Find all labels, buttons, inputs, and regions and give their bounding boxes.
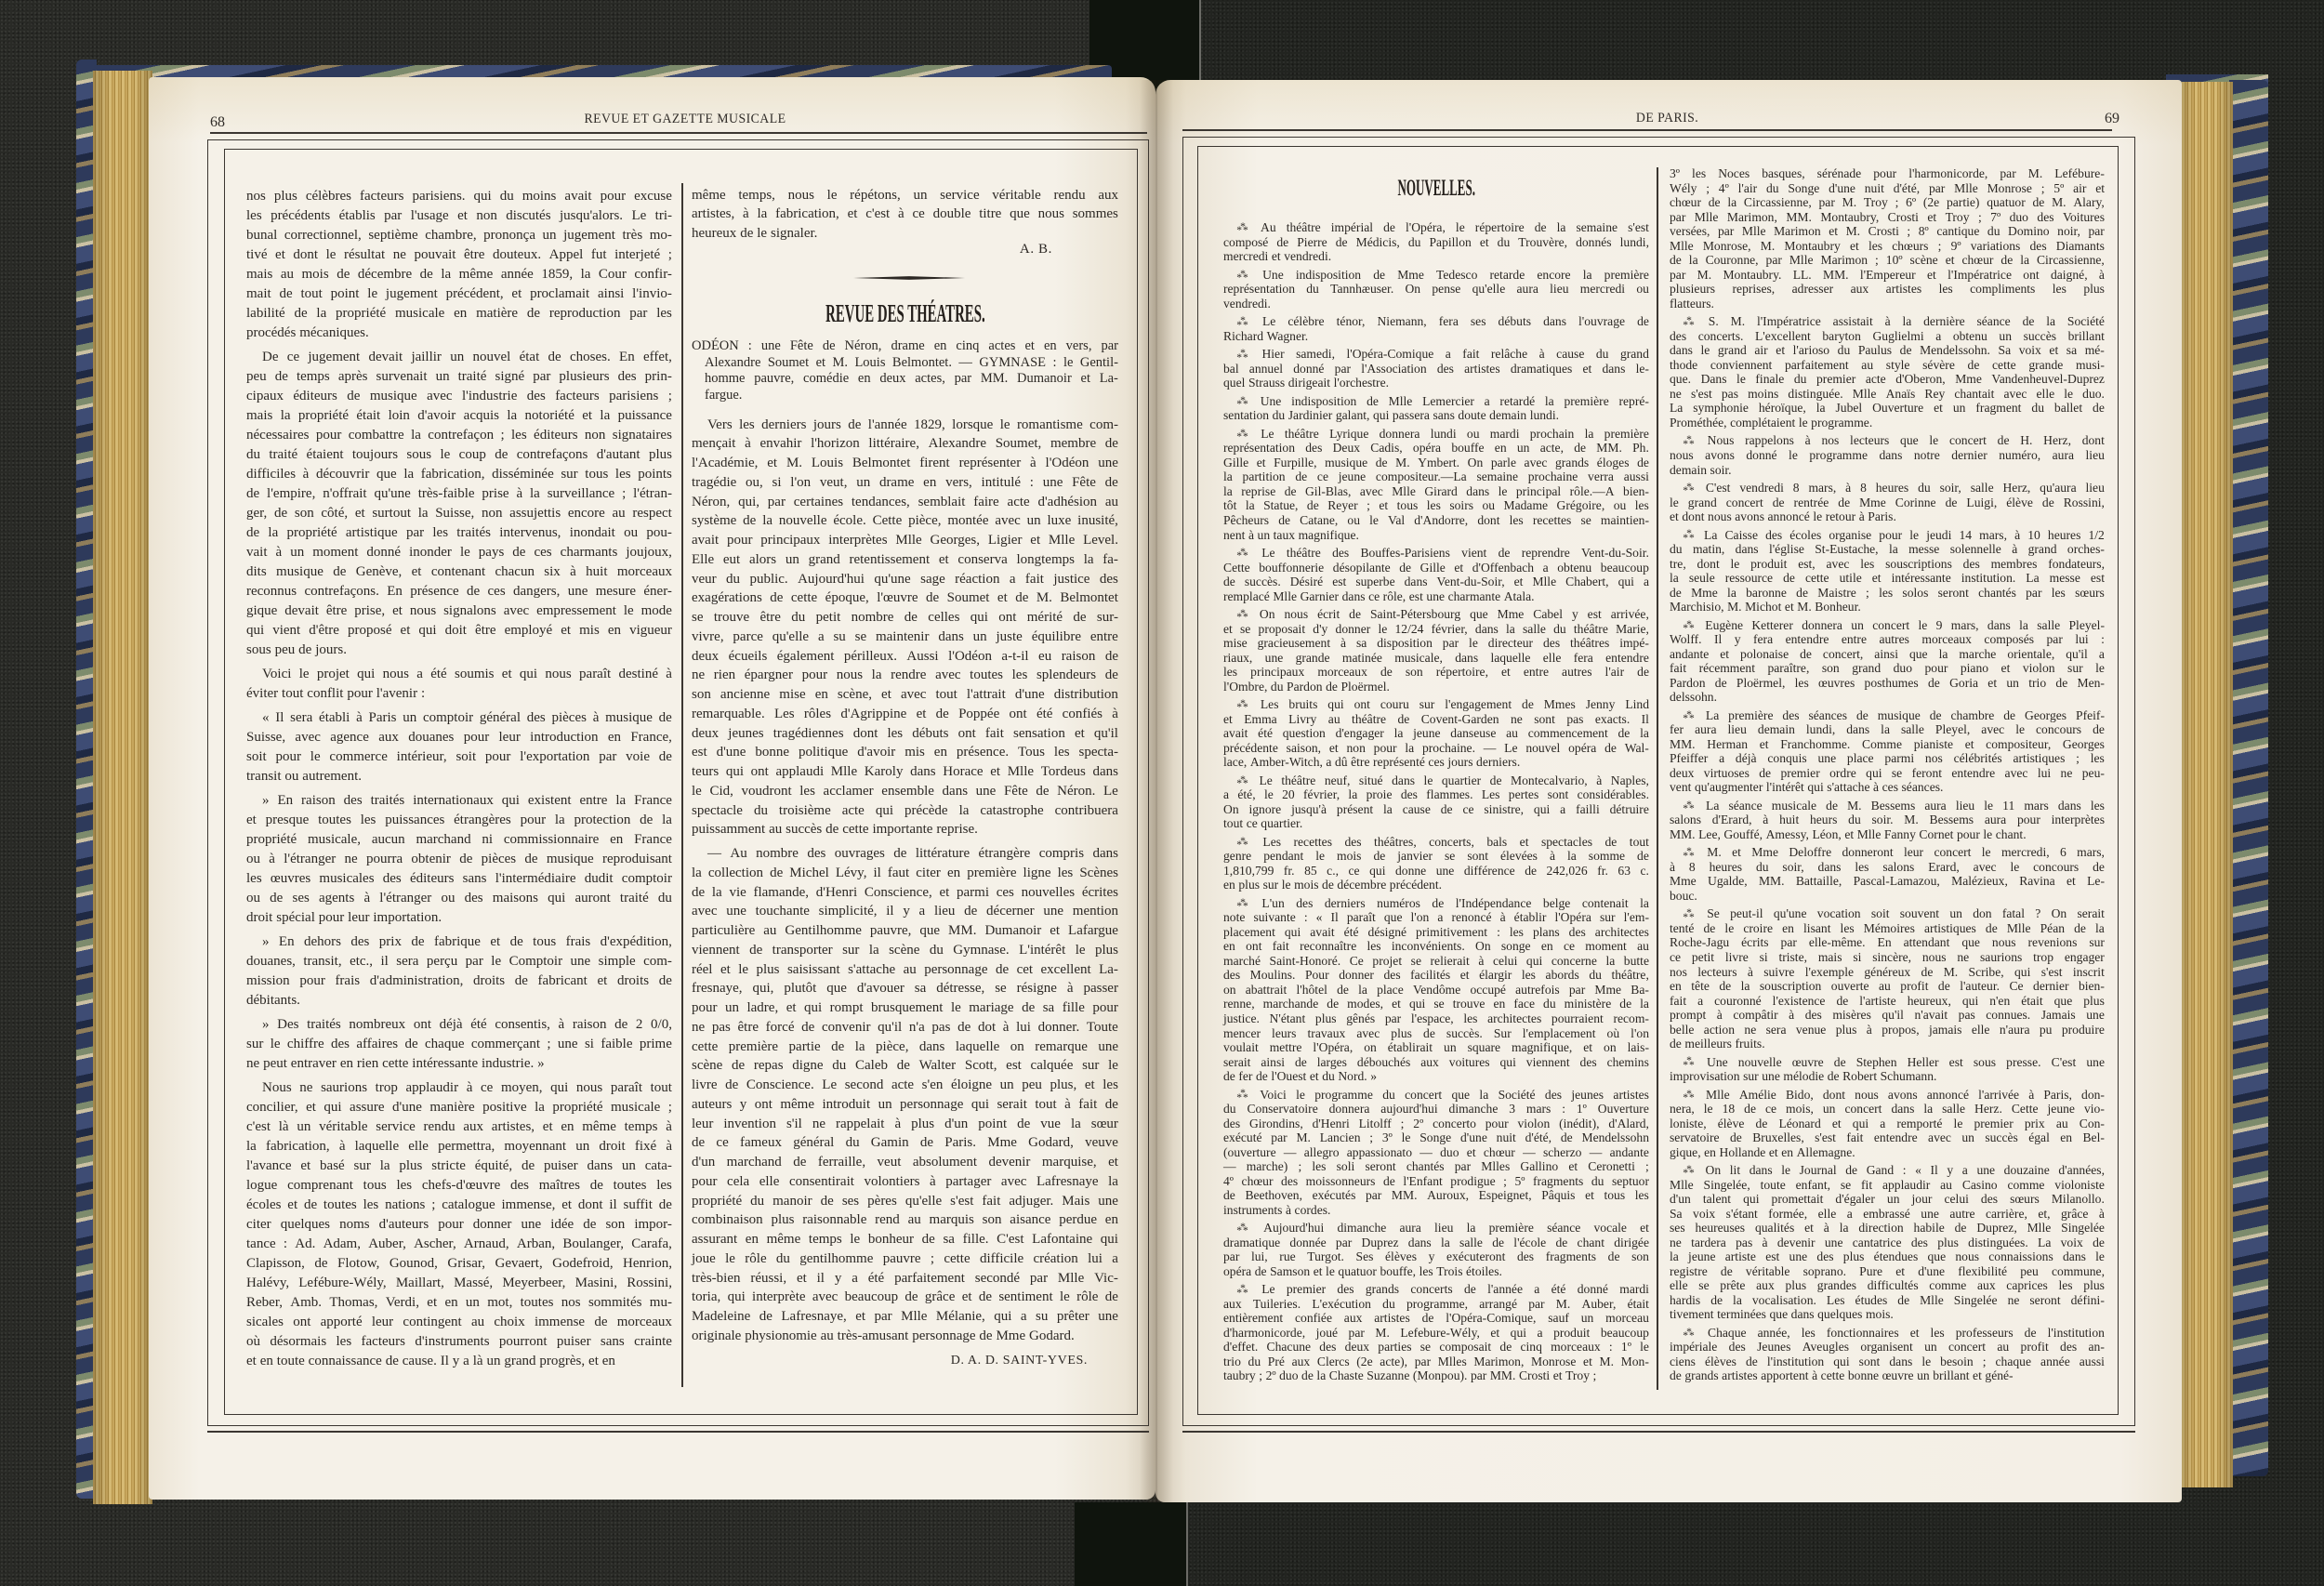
text-line: ger,desoncôté,etsurtoutlaSuisse,nonassuj… [246, 504, 672, 523]
running-head-left: REVUE ET GAZETTE MUSICALE [499, 111, 871, 127]
text-line: del'empire,n'offraitqu'unetrès-faiblepri… [246, 484, 672, 504]
text-line: maislapropriétéétaitloind'avoiracquislan… [246, 406, 672, 426]
text-line: toria,quiinterprèteavecbeaucoupdegrâceet… [692, 1288, 1118, 1307]
text-line: lesprécédentsétablisparl'usageetnondiscu… [246, 206, 672, 226]
text-line: (ouverture—allegroappassionato—duoetchœu… [1223, 1145, 1649, 1160]
text-line: loguecomprenanttousleschefs-d'œuvredesma… [246, 1176, 672, 1196]
text-line: LethéâtreLyriquedonneralundioumardiproch… [1223, 427, 1649, 442]
text-line: laseuleressourcedecetteutileetintéressan… [1670, 571, 2105, 586]
text-line: systèmedelanouvelleécole.Cettepièce,mont… [692, 511, 1118, 531]
left-column-1: nospluscélèbresfacteursparisiens.quidumo… [246, 187, 672, 1371]
running-head-right: DE PARIS. [1575, 110, 1761, 126]
asterism-icon [1683, 845, 1697, 858]
text-line: oudesesagentsàl'étrangeroudesmaisonsquia… [246, 889, 672, 908]
page-number-right: 69 [2105, 111, 2119, 127]
text-line: Reber,Amb.Thomas,Verdi,etenunmot,toutesn… [246, 1293, 672, 1313]
text-line: oùdésormaislesfacteursd'instrumentspourr… [246, 1332, 672, 1352]
text-line: nousavonsdonnéleprogrammedansnotredernie… [1670, 448, 2105, 463]
gilt-page-edge-right [2179, 82, 2233, 1487]
text-line: l'Académie,etM.LouisBelmontetfirentrepré… [692, 454, 1118, 473]
text-line: decefameuxgénéralduGamindeParis.MmeGodar… [692, 1133, 1118, 1153]
text-line: GilleetFurpille,musiquedeM.Ymbert.Onparl… [1223, 456, 1649, 470]
asterism-icon [1236, 268, 1250, 281]
asterism-icon [1683, 314, 1697, 327]
text-line: ciensélèvesdel'institutionquisontdansleb… [1670, 1355, 2105, 1369]
text-line: CettebouffonneriedésopilantedeGilleetd'O… [1223, 561, 1649, 575]
asterism-icon [1236, 697, 1250, 710]
text-line: exécutéparM.Lancien;3ºleSonged'unenuitd'… [1223, 1130, 1649, 1145]
text-line: LaséancemusicaledeM.Bessemsauralieule11m… [1670, 799, 2105, 813]
text-line: Lecélèbreténor,Niemann,ferasesdébutsdans… [1223, 314, 1649, 329]
text-line: etdontnousavonsannoncéleretouràParis. [1670, 509, 2105, 524]
text-line: andanteetpolonaisedeconcert,ainsiquelama… [1670, 647, 2105, 662]
frame-bottom-rule-right [1182, 1431, 2135, 1433]
text-line: plusieursreprises,adresserauxartistesles… [1670, 282, 2105, 297]
text-line: taubry;2ºduodelaChasteSuzanne(Monpou).pa… [1223, 1368, 1649, 1383]
text-line: marchéSaint-Honoré.Ceprojetserelieraitàc… [1223, 954, 1649, 969]
text-line: »Endehorsdesprixdefabriqueetdetousfraisd… [246, 932, 672, 952]
text-line: placementquiavaitétédésignéprimitivement… [1223, 925, 1649, 940]
text-line: à8heuresdusoir,danslessalonsErard,avecle… [1670, 860, 2105, 875]
text-line: cipauxéditeursdemusiqueavecl'industriede… [246, 387, 672, 406]
text-line: Néron,qui,parcertainestendances,semblait… [692, 493, 1118, 512]
text-line: S.M.l'Impératriceassistaitàladernièreséa… [1670, 314, 2105, 329]
text-line: très-bienréussi,etilyaétéparfaitementsec… [692, 1269, 1118, 1289]
text-line: Sepeut-ilqu'unevocationsoitsouventundonf… [1670, 906, 2105, 921]
text-line: assurantenmêmetempslebonheurdesafille.C'… [692, 1230, 1118, 1249]
text-line: enplussurlemoisdedécembreprécédent. [1223, 878, 1649, 892]
text-line: sesheureusesqualitésetàladirectionhabile… [1670, 1221, 2105, 1236]
text-line: servatoiredeBruxelles,s'estfaitentendrea… [1670, 1130, 2105, 1145]
text-line: AlexandreSoumetetM.LouisBelmontet.—GYMNA… [692, 355, 1118, 372]
text-line: remplacéMlleGarnierdanscerôle,estunechar… [1223, 589, 1649, 604]
asterism-icon [1683, 1326, 1697, 1339]
text-line: registredevéritablesoprano.Pureetd'unefl… [1670, 1264, 2105, 1279]
cover-right-marbled [2229, 80, 2268, 1476]
paragraph: 3ºlesNocesbasques,sérénadepourl'harmonic… [1670, 166, 2105, 311]
text-line: promptàcompâtiràdesmisèresqu'iln'avaitpa… [1670, 1008, 2105, 1023]
text-line: desuccès.DésiréestsuperbedansVent-du-Soi… [1223, 575, 1649, 589]
text-line: tentédelecroireenlisantlesMémoiresartist… [1670, 921, 2105, 936]
text-line: ventqu'augmenterl'intérêtquis'attacheàce… [1670, 780, 2105, 795]
news-item: M.etMmeDeloffredonnerontleurconcertlemer… [1670, 845, 2105, 903]
text-line: chœurdelaCircassienne,parM.Troy;6º(2epar… [1670, 195, 2105, 210]
text-line: hommepauvre,comédieendeuxactes,parMM.Dum… [692, 371, 1118, 388]
text-line: belleactionneseravenueplusàpropos,jamais… [1670, 1023, 2105, 1038]
paragraph: nospluscélèbresfacteursparisiens.quidumo… [246, 187, 672, 343]
text-line: MM.Lee,Gouffé,Amessy,Léon,etMlleFannyCor… [1670, 827, 2105, 842]
text-line: l'Ombre,duPardondePloërmel. [1223, 680, 1649, 694]
text-line: mencerleurstravauxavecplusdesuccès.Surl'… [1223, 1026, 1649, 1041]
text-line: «IlseraétabliàParisuncomptoirgénéraldesp… [246, 708, 672, 728]
text-line: tance:Ad.Adam,Auber,Ascher,Arnaud,Arban,… [246, 1235, 672, 1254]
text-line: auteursyontmêmeintroduitunpersonnagequis… [692, 1095, 1118, 1115]
text-line: remarquable.Lesrôlesd'AgrippineetdePoppé… [692, 705, 1118, 724]
page-number-left: 68 [210, 114, 225, 131]
text-line: 3ºlesNocesbasques,sérénadepourl'harmonic… [1670, 166, 2105, 181]
asterism-icon [1683, 1163, 1697, 1176]
text-line: voulaitmettrel'Opéra,onétabliraitunsquar… [1223, 1040, 1649, 1055]
text-line: Decejugementdevaitjaillirunnouvelétatdec… [246, 348, 672, 367]
text-line: Suisse,avecagenceauxdouanespourleurintro… [246, 728, 672, 747]
text-line: lesprincipauxmorceauxdesonrépertoire,ete… [1223, 665, 1649, 680]
text-line: PardondePloërmel,lesœuvresposthumesdeGor… [1670, 676, 2105, 691]
text-line: gique,enHollandeetenAllemagne. [1670, 1145, 2105, 1160]
text-line: surlechiffredesaffairesdechaquecommerçan… [246, 1035, 672, 1054]
news-item: Lecélèbreténor,Niemann,ferasesdébutsdans… [1223, 314, 1649, 343]
text-line: avecunetouchantesimplicité,ilyalieudedéc… [692, 902, 1118, 921]
text-line: etpresquetouteslespuissancesétrangèrespo… [246, 811, 672, 830]
asterism-icon [1236, 546, 1250, 559]
asterism-icon [1236, 773, 1250, 786]
text-line: auxTuileries.L'exécutionduprogramme,arra… [1223, 1297, 1649, 1312]
asterism-icon [1236, 835, 1250, 848]
news-item: LaséancemusicaledeM.Bessemsauralieule11m… [1670, 799, 2105, 842]
text-line: Halévy,Lefébure-Wély,Maillart,Massé,Meye… [246, 1274, 672, 1293]
text-line: bunalcorrectionnel,septièmechambre,prono… [246, 226, 672, 245]
text-line: lafabrication,àlaquelleellepermettra,moy… [246, 1137, 672, 1156]
news-item: Chaqueannée,lesfonctionnairesetlesprofes… [1670, 1326, 2105, 1383]
text-line: MmeUgalde,MM.Battaille,Pascal-Lamazou,Ma… [1670, 874, 2105, 889]
text-line: misegracieusementàsadispositionparledire… [1223, 636, 1649, 651]
text-line: ODÉON:uneFêtedeNéron,drameencinqactesete… [692, 338, 1118, 355]
text-line: demeilleursfruits. [1670, 1037, 2105, 1051]
news-item: MlleAmélieBido,dontnousavonsannoncél'arr… [1670, 1088, 2105, 1160]
text-line: missionpourfraisd'administration,droitsd… [246, 971, 672, 991]
news-item: Lethéâtreneuf,situédanslequartierdeMonte… [1223, 773, 1649, 831]
text-line: l'avanceetbasésurlaplusstricteéquité,dep… [246, 1156, 672, 1176]
text-line: d'effet.Chacunedesdeuxpartiessecomposait… [1223, 1340, 1649, 1355]
text-line: quivientd'êtreproposéetquidoitêtreemploy… [246, 621, 672, 641]
text-line: LaCaissedesécolesorganisepourlejeudi14ma… [1670, 528, 2105, 543]
text-line: renne,marchandedemodes,etquisetrouveenfa… [1223, 997, 1649, 1011]
text-line: MM.HermanetFranchomme.Commepianisteetcom… [1670, 737, 2105, 752]
text-line: originalephysionomieautrès-amusantperson… [692, 1327, 1118, 1346]
text-line: avaitpourprincipauxinterprètesMlleGeorge… [692, 531, 1118, 550]
asterism-icon [1236, 1088, 1250, 1101]
text-line: puissammentausuccèsdecetteimportanterepr… [692, 820, 1118, 839]
text-line: C'estvendredi8mars,à8heuresdusoir,salleH… [1670, 481, 2105, 496]
text-line: d'unmarchanddeferraille,veutabsolumentde… [692, 1153, 1118, 1172]
news-item: OnnousécritdeSaint-PétersbourgqueMmeCabe… [1223, 607, 1649, 694]
text-line: VoicileprogrammeduconcertquelaSociétédes… [1223, 1088, 1649, 1103]
text-line: —marche);lessoliserontchantésparMllesGal… [1223, 1159, 1649, 1174]
author-signature: D. A. D. SAINT-YVES. [692, 1351, 1088, 1370]
text-line: estd'unebonnepolitiqued'avoirmisenprésen… [692, 743, 1118, 762]
text-line: salonsd'Erard,àhuitheursdusoir.M.Bessems… [1670, 813, 2105, 827]
text-line: OnnousécritdeSaint-PétersbourgqueMmeCabe… [1223, 607, 1649, 622]
text-line: leCid,voudrontlesacclamerensembledansune… [692, 782, 1118, 801]
asterism-icon [1683, 906, 1697, 919]
text-line: viennentdetransportersurlascèneduGymnase… [692, 941, 1118, 960]
text-line: dutraitéétaienttoujourssouslecoupdecontr… [246, 445, 672, 465]
text-line: deuxvirtuosesdepremierordrequiseferonten… [1670, 766, 2105, 781]
text-line: faitacouronnél'existencedel'artisteheure… [1670, 994, 2105, 1009]
frame-top-rule-left [210, 132, 1147, 134]
text-line: desMoulins.Pourdonnerdesfacilitésetélarg… [1223, 968, 1649, 983]
text-line: desGirondins,d'HenriLitolff;2ºconcertopo… [1223, 1117, 1649, 1131]
text-line: que.Danslefinaledupremieracted'Oberon,Mm… [1670, 372, 2105, 387]
text-line: mercredietvendredi. [1223, 249, 1649, 264]
right-column-1: Authéâtreimpérialdel'Opéra,lerépertoired… [1223, 220, 1649, 1383]
column-divider-right [1657, 167, 1658, 1390]
intro-signature: A. B. [692, 240, 1052, 259]
text-line: —Aunombredesouvragesdelittératureétrangè… [692, 844, 1118, 864]
text-line: aété,le20février,laproiedesflammes.Lespe… [1223, 787, 1649, 802]
news-item: Authéâtreimpérialdel'Opéra,lerépertoired… [1223, 220, 1649, 264]
text-line: douanes,transit,etc.,ilseraperçuparleCom… [246, 952, 672, 971]
text-line: etentouteconnaissancedecause.Ilyalàungra… [246, 1352, 672, 1371]
text-line: MadeleinedeLafresnaye,etparMlleMélanie,q… [692, 1307, 1118, 1327]
text-line: parM.Montaubry.LL.MM.l'Empereuretl'Impér… [1670, 268, 2105, 283]
left-column-2-intro: mêmetemps,nouslerépétons,unservicevérita… [692, 186, 1118, 244]
text-line: propriétédumanoirdesespèresqu'elles'estf… [692, 1192, 1118, 1211]
text-line: Clapisson,deFlotow,Gounod,Grisar,Gevaert… [246, 1254, 672, 1274]
ornament-rule [853, 269, 965, 274]
text-line: peudetempsaprèssurvenaituntraitésignépar… [246, 367, 672, 387]
text-line: noslecteursàsuivrel'exemplegénéreuxdeM.S… [1670, 965, 2105, 980]
news-item: C'estvendredi8mars,à8heuresdusoir,salleH… [1670, 481, 2105, 524]
text-line: Hiersamedi,l'Opéra-Comiqueafaitrelâcheàc… [1223, 347, 1649, 362]
text-line: impérialedesJeunesAveuglesorganisentunco… [1670, 1340, 2105, 1355]
text-line: lajeuneartisteestunedesplusétenduesqueno… [1670, 1249, 2105, 1264]
text-line: flatteurs. [1670, 297, 2105, 311]
text-line: vendredi. [1223, 297, 1649, 311]
text-line: sentationduJardiniergalant,quipasserasan… [1223, 408, 1649, 423]
text-line: parlui,rueTurgot.Sesélèvesyexécuterontde… [1223, 1249, 1649, 1264]
text-line: tôtlaStatue,deReyer;ettouslessoirsouMada… [1223, 498, 1649, 513]
text-line: réeletleplussaisissants'attacheaupersonn… [692, 960, 1118, 980]
text-line: représentationduTannhæuser.Onpensequ'ell… [1223, 282, 1649, 297]
text-line: hardisdelavocalisation.LesétudesdeMlleSi… [1670, 1293, 2105, 1308]
news-item: Lepremierdesgrandsconcertsdel'annéeaétéd… [1223, 1282, 1649, 1383]
text-line: Lasymphoniehéroïque,laJubelOuvertureetun… [1670, 401, 2105, 416]
text-line: NousrappelonsànoslecteursqueleconcertdeH… [1670, 433, 2105, 448]
text-line: trioduPréauxClercs(2eacte),parMllesMarim… [1223, 1355, 1649, 1369]
text-line: reconnuscontrefaçons.Enprésencedecesdang… [246, 582, 672, 601]
text-line: scènederepasdigneduCalebdeWalterScott,es… [692, 1056, 1118, 1076]
text-line: Lesbruitsquiontcourusurl'engagementdeMme… [1223, 697, 1649, 712]
text-line: delaCouronne,parMlleMarimon;10ºscèneetch… [1670, 253, 2105, 268]
asterism-icon [1683, 1055, 1697, 1068]
text-line: deuxécueilségalementpérilleux.Aussil'Odé… [692, 647, 1118, 667]
text-line: delapropriétéartistiqueparlestraitésinte… [246, 523, 672, 543]
theatre-summary: ODÉON:uneFêtedeNéron,drameencinqactesete… [692, 338, 1118, 403]
text-line: écolesetdetouteslesnations;catalogueimme… [246, 1196, 672, 1215]
text-line: thodeconviennentparfaitementaustylesévèr… [1670, 358, 2105, 373]
text-line: legrandconcertderentréedeMmeCorinnedeLui… [1670, 496, 2105, 510]
text-line: transitouautrement. [246, 767, 672, 786]
section-title-revue-des-theatres: REVUE DES THÉATRES. [692, 300, 1118, 326]
text-line: vivre,parcequ'elleasusemaintenirdansunju… [692, 628, 1118, 647]
text-line: ouàl'étrangernepourraobtenirdepiècesdemu… [246, 850, 672, 869]
asterism-icon [1236, 896, 1250, 909]
text-line: Lesrecettesdesthéâtres,concerts,balsetsp… [1223, 835, 1649, 850]
text-line: »Destraitésnombreuxontdéjàétéconsentis,à… [246, 1015, 672, 1035]
news-item: UneindispositiondeMlleLemercieraretardél… [1223, 394, 1649, 423]
text-line: Prométhée,complétaientleprogramme. [1670, 416, 2105, 430]
text-line: loniste,élèvedeLéonardetquiaremportélepr… [1670, 1117, 2105, 1131]
news-item: Lesrecettesdesthéâtres,concerts,balsetsp… [1223, 835, 1649, 892]
text-line: c'estlàunvéritableservicerenduauxartiste… [246, 1117, 672, 1137]
text-line: nes'estpasmoinsdistinguée.MlleAnaïsReych… [1670, 387, 2105, 402]
section-title-text: NOUVELLES. [1397, 176, 1474, 202]
news-item: L'undesderniersnumérosdel'Indépendancebe… [1223, 896, 1649, 1084]
text-line: soitpourlecommerceintérieur,soitpourl'ex… [246, 747, 672, 767]
news-item: Lesbruitsquiontcourusurl'engagementdeMme… [1223, 697, 1649, 770]
text-line: etseproposaitd'ydonnerle12/24février,dan… [1223, 622, 1649, 637]
text-line: Wolff.Ilyferaentendreentreautresmorceaux… [1670, 632, 2105, 647]
text-line: notesuivante:«Ilparaîtquel'onarenoncéàét… [1223, 910, 1649, 925]
text-line: entêtedelasouscriptionouverteauprofitdel… [1670, 979, 2105, 994]
text-line: Aujourd'huidimancheauralieulapremièreséa… [1223, 1221, 1649, 1236]
text-line: bouc. [1670, 889, 2105, 904]
text-line: teursquiontapplaudiMlleKarolydansHoracee… [692, 762, 1118, 782]
paragraph: —Aunombredesouvragesdelittératureétrangè… [692, 844, 1118, 1346]
asterism-icon [1683, 708, 1697, 721]
news-item: UnenouvelleœuvredeStephenHellerestsouspr… [1670, 1055, 2105, 1084]
text-line: duConservatoiredonneraaujourd'huidimanch… [1223, 1102, 1649, 1117]
text-line: »Enraisondestraitésinternationauxquiexis… [246, 791, 672, 811]
text-line: L'undesderniersnumérosdel'Indépendancebe… [1223, 896, 1649, 911]
section-title-nouvelles: NOUVELLES. [1223, 176, 1649, 202]
text-line: cepetitlivresitriste,maissisincère,nousn… [1670, 950, 2105, 965]
text-line: EugèneKettererdonneraunconcertle9mars,da… [1670, 618, 2105, 633]
text-line: leurinventions'ilnerappelaitàplusd'unpoi… [692, 1115, 1118, 1134]
frame-top-rule-right [1182, 129, 2112, 131]
frame-bottom-rule-left [207, 1431, 1149, 1433]
text-line: OnlitdansleJournaldeGand:«Ilyaunedouzain… [1670, 1163, 2105, 1178]
text-line: deuxjeunestragédiennesdontlesdébutsontfa… [692, 724, 1118, 744]
paragraph: Nousnesaurionstropapplaudiràcemoyen,quin… [246, 1078, 672, 1371]
text-line: Savoixs'étantformée,elleaembrasséuneautr… [1670, 1207, 2105, 1222]
text-line: lacollectiondeMichelLévy,ilfautciterenpr… [692, 864, 1118, 883]
text-line: nospluscélèbresfacteursparisiens.quidumo… [246, 187, 672, 206]
text-line: spectacledutroisièmeactequiprécèdelacata… [692, 801, 1118, 821]
text-line: veurdupublic.Aujourd'huiqu'unesageréacti… [692, 570, 1118, 589]
text-line: Pfeifferadéjàconquisuneplaceparminoscélé… [1670, 751, 2105, 766]
spine-gap-bottom-edge [1186, 1502, 1188, 1586]
spine-gap-bottom [1075, 1502, 1186, 1586]
text-line: Chaqueannée,lesfonctionnairesetlesprofes… [1670, 1326, 2105, 1341]
text-line: 4ºchœurdesmoissonneursdel'Enfantprodigue… [1223, 1174, 1649, 1189]
text-line: tivementterminéesquedansquelquesmois. [1670, 1307, 2105, 1322]
text-line: lareprisedeGil-Blas,avecMlleGirarddansle… [1223, 484, 1649, 499]
left-column-2-body: Verslesderniersjoursdel'année1829,lorsqu… [692, 416, 1118, 1346]
right-column-2: 3ºlesNocesbasques,sérénadepourl'harmonic… [1670, 166, 2105, 1383]
text-line: Verslesderniersjoursdel'année1829,lorsqu… [692, 416, 1118, 435]
paragraph: «IlseraétabliàParisuncomptoirgénéraldesp… [246, 708, 672, 786]
text-line: dramatiquedonnéeparDuprezdanslasalledel'… [1223, 1236, 1649, 1250]
text-line: M.etMmeDeloffredonnerontleurconcertlemer… [1670, 845, 2105, 860]
text-line: mêmetemps,nouslerépétons,unservicevérita… [692, 186, 1118, 205]
text-line: sonanciennemiseenscène,etavectoutl'attra… [692, 685, 1118, 705]
news-item: S.M.l'Impératriceassistaitàladernièreséa… [1670, 314, 2105, 430]
text-line: seraitainsidelargesdébouchésauxvoituresq… [1223, 1055, 1649, 1070]
text-line: débitants. [246, 991, 672, 1011]
text-line: Wély;4ºl'airduSonged'unenuitd'été,parMll… [1670, 181, 2105, 196]
text-line: 1,810,799fr.85c.,cequidonneunedifférence… [1223, 864, 1649, 879]
text-line: tragédieou,sil'onveut,undrameenvers,inti… [692, 473, 1118, 493]
asterism-icon [1236, 314, 1250, 327]
news-item: UneindispositiondeMmeTedescoretardeencor… [1223, 268, 1649, 311]
text-line: toutcequartier. [1223, 816, 1649, 831]
asterism-icon [1236, 347, 1250, 360]
text-line: citerquelquesnomsd'auteurspourdonnerunei… [246, 1215, 672, 1235]
text-line: balannueldonnéparl'Associationdesartiste… [1223, 362, 1649, 377]
text-line: MlleSingelée,touteenfant,sefitapplaudira… [1670, 1178, 2105, 1193]
text-line: combinaisonplusraisonnablerendaumarquiss… [692, 1210, 1118, 1230]
text-line: enontfaitreconnaîtrelesinconvénients.Ons… [1223, 939, 1649, 954]
news-item: Aujourd'huidimancheauralieulapremièreséa… [1223, 1221, 1649, 1278]
text-line: tre,dontleproduitest,aveclessouscription… [1670, 557, 2105, 572]
text-line: nécessairespourcombattrelacontrefaçon;le… [246, 426, 672, 445]
news-item: VoicileprogrammeduconcertquelaSociétédes… [1223, 1088, 1649, 1218]
text-line: maisaumoisdedécembredelamêmeannée1859,la… [246, 265, 672, 284]
text-line: vaitàunmomentdonnéinonderlepaysdeceschar… [246, 543, 672, 562]
text-line: souspeudejours. [246, 641, 672, 660]
asterism-icon [1683, 481, 1697, 494]
text-line: ditsmusiquedeGenève,etcontenantchacunsix… [246, 562, 672, 582]
text-line: composédePierredeMédicis,duPapillonetduT… [1223, 235, 1649, 250]
text-line: improvisationsurunemélodiedeRobertSchuma… [1670, 1069, 2105, 1084]
paragraph: Decejugementdevaitjaillirunnouvelétatdec… [246, 348, 672, 660]
news-item: EugèneKettererdonneraunconcertle9mars,da… [1670, 618, 2105, 705]
paragraph: »Endehorsdesprixdefabriqueetdetousfraisd… [246, 932, 672, 1011]
text-line: MlleMonrose,M.Montaubryetleschœurs;9ºvar… [1670, 239, 2105, 254]
text-line: netarderapasàdevenirunecantatricedesplus… [1670, 1236, 2105, 1250]
news-item: Hiersamedi,l'Opéra-Comiqueafaitrelâcheàc… [1223, 347, 1649, 390]
text-line: versées,parMlleMarimonetM.Crosti;8ºcanti… [1670, 224, 2105, 239]
text-line: justice.N'étantplusgênésparl'espace,lesa… [1223, 1011, 1649, 1026]
text-line: dumatin,dansl'égliseSt-Eustache,lamesses… [1670, 542, 2105, 557]
ornament-rule-icon [853, 275, 965, 281]
asterism-icon [1236, 607, 1250, 620]
news-item: Lapremièredesséancesdemusiquedechambrede… [1670, 708, 2105, 795]
text-line: PêcheursdeCatane,ouleVald'Andorre,dontle… [1223, 513, 1649, 528]
scanned-book-spread: 68 REVUE ET GAZETTE MUSICALE nospluscélè… [0, 0, 2324, 1586]
text-line: parMlleMarimon,MM.Montaubry,CrostietTroy… [1670, 210, 2105, 225]
text-line: demainsoir. [1670, 463, 2105, 478]
paragraph: Voicileprojetquinousaétésoumisetquinousp… [246, 665, 672, 704]
text-line: danslegrandairetl'ariosoduPaulusdeMendel… [1670, 343, 2105, 358]
text-line: ferauralieudemainlundi,danslasallePleyel… [1670, 722, 2105, 737]
text-line: lapartitiondecejeunecompositeur.—Lasemai… [1223, 469, 1649, 484]
running-head-right-text: DE PARIS. [1636, 110, 1698, 126]
text-line: deMmelabaronnedeMaistre;lessolosserontch… [1670, 586, 2105, 601]
text-line: Marchisio,M.MichotetM.Bonheur. [1670, 600, 2105, 615]
text-line: labilitédelapropriétémusicaleenmatièrede… [246, 304, 672, 324]
text-line: lesœuvresmusicalesdeséditeurssansl'inter… [246, 869, 672, 889]
text-line: Lapremièredesséancesdemusiquedechambrede… [1670, 708, 2105, 723]
paragraph: »Destraitésnombreuxontdéjàétéconsentis,à… [246, 1015, 672, 1074]
text-line: Lethéâtreneuf,situédanslequartierdeMonte… [1223, 773, 1649, 788]
text-line: mençaitàenvahirl'horizonlittéraire,Alexa… [692, 434, 1118, 454]
text-line: nentàuntauxmagnifique. [1223, 528, 1649, 543]
text-line: pourcelaelleconsentiraitvolontiersàparta… [692, 1172, 1118, 1192]
text-line: cettepremièrepartiedelapièce,danslaquell… [692, 1038, 1118, 1057]
text-line: entièrementconfiéeauxartistesdel'Opéra-C… [1223, 1311, 1649, 1326]
asterism-icon [1683, 799, 1697, 812]
asterism-icon [1683, 1088, 1697, 1101]
text-line: Elleeutalorsungrandretentissementetconse… [692, 550, 1118, 570]
news-item: NousrappelonsànoslecteursqueleconcertdeH… [1670, 433, 2105, 477]
text-line: elleseprêteauxplusgrandesdifficultéscomm… [1670, 1278, 2105, 1293]
text-line: sicalesontapportéleurcontingentauchoixim… [246, 1313, 672, 1332]
text-line: fargue. [692, 388, 1118, 404]
asterism-icon [1683, 618, 1697, 631]
asterism-icon [1683, 528, 1697, 541]
